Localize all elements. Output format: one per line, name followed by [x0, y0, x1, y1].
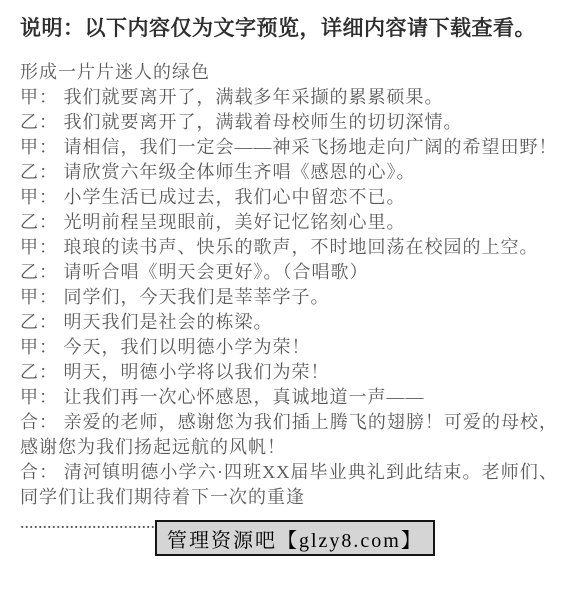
script-line: 乙： 明天我们是社会的栋梁。	[20, 310, 558, 335]
script-line: 合： 亲爱的老师，感谢您为我们插上腾飞的翅膀！可爱的母校，感谢您为我们扬起远航的…	[20, 410, 558, 460]
script-line: 甲： 今天，我们以明德小学为荣！	[20, 335, 558, 360]
script-line: 乙： 光明前程呈现眼前，美好记忆铭刻心里。	[20, 210, 558, 235]
script-line: 甲： 小学生活已成过去，我们心中留恋不已。	[20, 185, 558, 210]
script-line: 甲： 让我们再一次心怀感恩，真诚地道一声——	[20, 385, 558, 410]
script-line: 甲： 请相信，我们一定会——神采飞扬地走向广阔的希望田野！	[20, 135, 558, 160]
document-preview-page: 说明：以下内容仅为文字预览，详细内容请下载查看。 形成一片片迷人的绿色 甲： 我…	[0, 0, 578, 600]
script-line: 乙： 明天，明德小学将以我们为荣！	[20, 360, 558, 385]
watermark-badge: 管理资源吧【glzy8.com】	[155, 520, 435, 556]
preview-text-body: 形成一片片迷人的绿色 甲： 我们就要离开了，满载多年采撷的累累硕果。 乙： 我们…	[20, 60, 558, 535]
script-line: 甲： 同学们，今天我们是莘莘学子。	[20, 285, 558, 310]
script-line: 乙： 请欣赏六年级全体师生齐唱《感恩的心》。	[20, 160, 558, 185]
script-line: 甲： 我们就要离开了，满载多年采撷的累累硕果。	[20, 85, 558, 110]
watermark-label: 管理资源吧【glzy8.com】	[167, 524, 423, 553]
script-line: 乙： 请听合唱《明天会更好》。（合唱歌）	[20, 260, 558, 285]
preview-notice: 说明：以下内容仅为文字预览，详细内容请下载查看。	[20, 14, 558, 42]
script-line: 形成一片片迷人的绿色	[20, 60, 558, 85]
script-line: 乙： 我们就要离开了，满载着母校师生的切切深情。	[20, 110, 558, 135]
script-line: 甲： 琅琅的读书声、快乐的歌声，不时地回荡在校园的上空。	[20, 235, 558, 260]
script-line: 合： 清河镇明德小学六·四班XX届毕业典礼到此结束。老师们、同学们让我们期待着下…	[20, 460, 558, 510]
